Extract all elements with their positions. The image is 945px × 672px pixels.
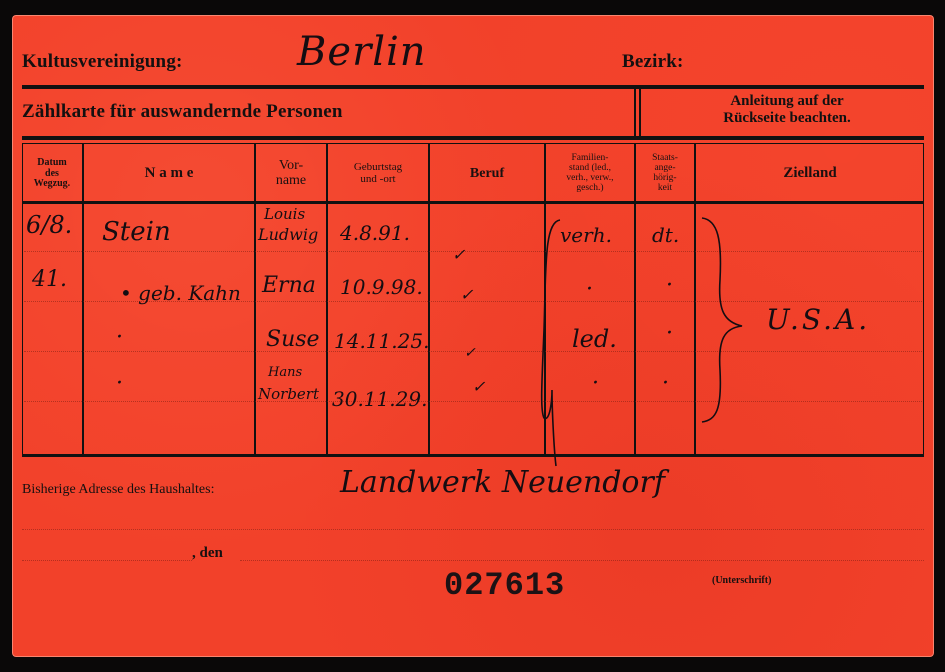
col-header-beruf: Beruf (430, 147, 544, 201)
col-divider (22, 143, 23, 455)
place-line (22, 560, 192, 561)
registration-card: Kultusvereinigung: Berlin Bezirk: Zählka… (12, 15, 934, 657)
col-divider (634, 143, 636, 455)
beruf-cell: ✓ (472, 377, 485, 396)
ruled-line (24, 251, 922, 252)
bracket-icon (530, 210, 570, 470)
beruf-cell: ✓ (452, 245, 465, 264)
staat-cell: · (666, 273, 673, 298)
date-line (240, 560, 924, 561)
divider (22, 143, 924, 144)
name-cell: Stein (102, 217, 171, 247)
vorname-cell: Norbert (258, 385, 319, 403)
col-header-staat: Staats-ange-hörig-keit (636, 145, 694, 203)
col-divider (923, 143, 924, 455)
familienstand-cell: · (586, 277, 593, 302)
name-cell: • geb. Kahn (120, 281, 241, 305)
ruled-line (24, 401, 922, 402)
divider (22, 454, 924, 457)
vorname-cell: Hans (268, 365, 302, 380)
serial-number: 027613 (444, 567, 565, 604)
geburt-cell: 14.11.25. (334, 329, 429, 353)
form-title-text: Zählkarte für auswandernde Personen (22, 101, 343, 122)
signature-label: (Unterschrift) (712, 575, 771, 586)
staat-cell: · (666, 321, 673, 346)
form-title: Zählkarte für auswandernde Personen (22, 101, 343, 123)
divider (22, 201, 924, 204)
geburt-cell: 30.11.29. (332, 387, 427, 411)
bezirk-label: Bezirk: (622, 51, 684, 73)
familienstand-cell: led. (572, 325, 617, 353)
col-header-familienstand: Familien-stand (led.,verh., verw.,gesch.… (546, 145, 634, 203)
instruction-line: Rückseite beachten. (652, 110, 922, 127)
brace-icon (698, 210, 748, 430)
col-divider (82, 143, 84, 455)
den-label: , den (192, 545, 223, 562)
col-divider (254, 143, 256, 455)
datum-value: 6/8. (26, 211, 72, 239)
col-header-name: N a m e (84, 147, 254, 201)
name-cell: · (116, 371, 123, 396)
familienstand-cell: · (592, 371, 599, 396)
col-header-zielland: Zielland (696, 147, 924, 201)
address-label: Bisherige Adresse des Haushaltes: (22, 482, 214, 498)
col-divider (428, 143, 430, 455)
address-value: Landwerk Neuendorf (340, 465, 665, 500)
geburt-cell: 10.9.98. (340, 275, 423, 299)
kultusvereinigung-label: Kultusvereinigung: (22, 51, 183, 73)
col-divider (694, 143, 696, 455)
col-header-vorname: Vor-name (256, 147, 326, 201)
divider (22, 136, 924, 140)
divider (634, 87, 636, 139)
datum-value: 41. (32, 267, 67, 292)
col-header-datum: DatumdesWegzug. (22, 147, 82, 201)
ruled-line (22, 529, 924, 530)
kultusvereinigung-value: Berlin (297, 29, 427, 75)
vorname-cell: Ludwig (258, 225, 318, 244)
vorname-cell: Erna (262, 273, 316, 298)
zielland-value: U.S.A. (766, 303, 870, 336)
staat-cell: · (662, 371, 669, 396)
instruction-line: Anleitung auf der (652, 93, 922, 110)
geburt-cell: 4.8.91. (340, 221, 410, 245)
divider (22, 85, 924, 89)
col-header-geburt: Geburtstagund -ort (328, 147, 428, 201)
staat-cell: dt. (652, 223, 679, 247)
beruf-cell: ✓ (460, 285, 473, 304)
vorname-cell: Louis (264, 205, 305, 223)
instruction-note: Anleitung auf der Rückseite beachten. (652, 93, 922, 127)
col-divider (326, 143, 328, 455)
name-cell: · (116, 325, 123, 350)
vorname-cell: Suse (266, 327, 320, 352)
divider (639, 87, 641, 139)
beruf-cell: ✓ (464, 345, 476, 361)
